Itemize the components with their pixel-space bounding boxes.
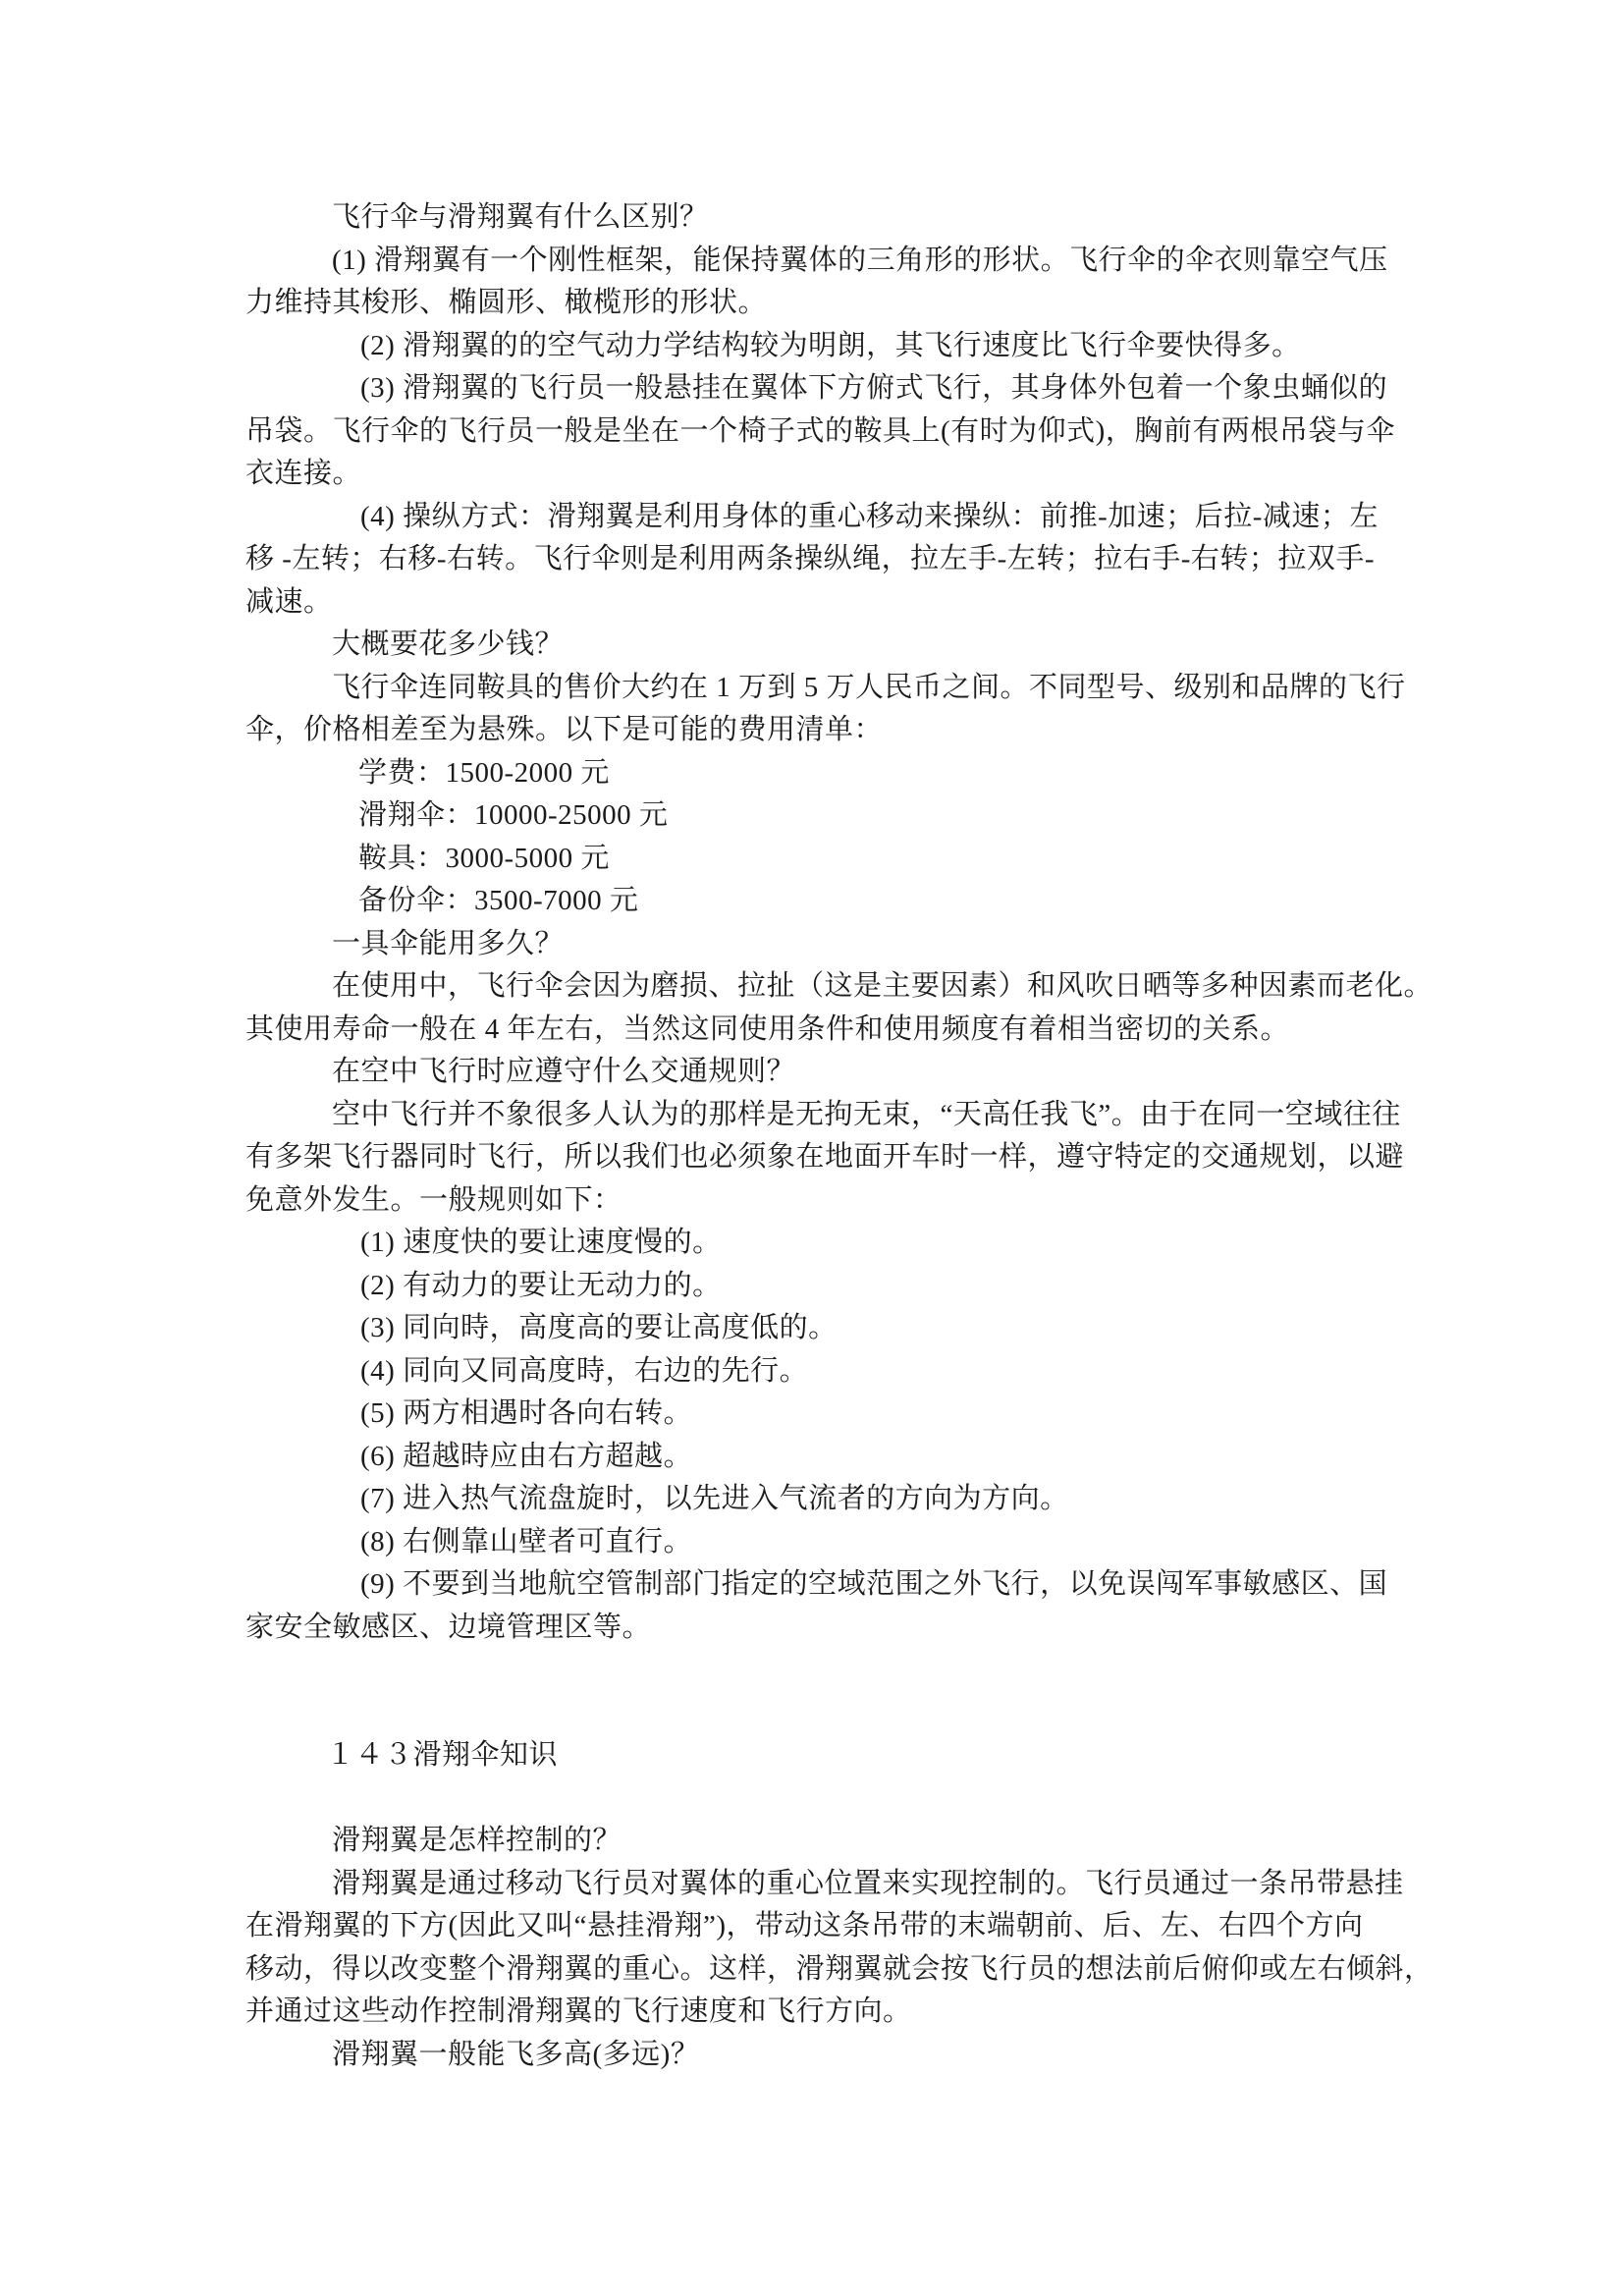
text-line: (7) 进入热气流盘旋时，以先进入气流者的方向为方向。 (245, 1478, 1384, 1521)
text-line: 家安全敏感区、边境管理区等。 (245, 1607, 1384, 1650)
blank-line (245, 1777, 1384, 1821)
text-line: 有多架飞行器同时飞行，所以我们也必须象在地面开车时一样，遵守特定的交通规划，以避 (245, 1136, 1384, 1179)
blank-line (245, 1649, 1384, 1692)
text-line: 其使用寿命一般在 4 年左右，当然这同使用条件和使用频度有着相当密切的关系。 (245, 1009, 1384, 1052)
text-line: 备份伞：3500-7000 元 (245, 880, 1384, 923)
text-line: 在空中飞行时应遵守什么交通规则？ (245, 1051, 1384, 1094)
text-line: 吊袋。飞行伞的飞行员一般是坐在一个椅子式的鞍具上(有时为仰式)，胸前有两根吊袋与… (245, 410, 1384, 454)
text-line: 滑翔伞：10000-25000 元 (245, 794, 1384, 838)
text-line: 减速。 (245, 581, 1384, 625)
text-line: (1) 滑翔翼有一个刚性框架，能保持翼体的三角形的形状。飞行伞的伞衣则靠空气压 (245, 240, 1384, 283)
text-line: 移动，得以改变整个滑翔翼的重心。这样，滑翔翼就会按飞行员的想法前后俯仰或左右倾斜… (245, 1948, 1384, 1992)
document-page: 飞行伞与滑翔翼有什么区别？(1) 滑翔翼有一个刚性框架，能保持翼体的三角形的形状… (0, 0, 1623, 2296)
text-line: 衣连接。 (245, 453, 1384, 496)
text-line: 学费：1500-2000 元 (245, 752, 1384, 795)
text-line: (1) 速度快的要让速度慢的。 (245, 1222, 1384, 1265)
text-line: 滑翔翼是怎样控制的？ (245, 1820, 1384, 1863)
text-line: (6) 超越時应由右方超越。 (245, 1436, 1384, 1479)
text-line: 鞍具：3000-5000 元 (245, 838, 1384, 881)
text-line: (3) 同向時，高度高的要让高度低的。 (245, 1307, 1384, 1350)
text-line: 并通过这些动作控制滑翔翼的飞行速度和飞行方向。 (245, 1991, 1384, 2034)
text-line: (2) 滑翔翼的的空气动力学结构较为明朗，其飞行速度比飞行伞要快得多。 (245, 325, 1384, 368)
text-line: 在使用中，飞行伞会因为磨损、拉扯（这是主要因素）和风吹日晒等多种因素而老化。 (245, 965, 1384, 1009)
document-body: 飞行伞与滑翔翼有什么区别？(1) 滑翔翼有一个刚性框架，能保持翼体的三角形的形状… (245, 196, 1384, 2076)
text-line: (4) 同向又同高度時，右边的先行。 (245, 1350, 1384, 1394)
text-line: (5) 两方相遇时各向右转。 (245, 1393, 1384, 1436)
text-line: 飞行伞连同鞍具的售价大约在 1 万到 5 万人民币之间。不同型号、级别和品牌的飞… (245, 667, 1384, 710)
section-heading: １４３滑翔伞知识 (245, 1734, 1384, 1777)
text-line: (9) 不要到当地航空管制部门指定的空域范围之外飞行，以免误闯军事敏感区、国 (245, 1563, 1384, 1607)
text-line: 飞行伞与滑翔翼有什么区别？ (245, 196, 1384, 240)
text-line: 大概要花多少钱？ (245, 624, 1384, 667)
text-line: 滑翔翼是通过移动飞行员对翼体的重心位置来实现控制的。飞行员通过一条吊带悬挂 (245, 1863, 1384, 1906)
text-line: 空中飞行并不象很多人认为的那样是无拘无束，“天高任我飞”。由于在同一空域往往 (245, 1094, 1384, 1137)
blank-line (245, 1692, 1384, 1735)
text-line: (8) 右侧靠山壁者可直行。 (245, 1521, 1384, 1564)
text-line: 一具伞能用多久？ (245, 923, 1384, 966)
text-line: 滑翔翼一般能飞多高(多远)？ (245, 2034, 1384, 2077)
text-line: 移 -左转；右移-右转。飞行伞则是利用两条操纵绳，拉左手-左转；拉右手-右转；拉… (245, 538, 1384, 581)
text-line: (2) 有动力的要让无动力的。 (245, 1265, 1384, 1308)
text-line: (3) 滑翔翼的飞行员一般悬挂在翼体下方俯式飞行，其身体外包着一个象虫蛹似的 (245, 367, 1384, 410)
text-line: 免意外发生。一般规则如下： (245, 1179, 1384, 1223)
text-line: 在滑翔翼的下方(因此又叫“悬挂滑翔”)，带动这条吊带的末端朝前、后、左、右四个方… (245, 1905, 1384, 1948)
text-line: (4) 操纵方式：滑翔翼是利用身体的重心移动来操纵：前推-加速；后拉-减速；左 (245, 496, 1384, 539)
text-line: 伞，价格相差至为悬殊。以下是可能的费用清单： (245, 709, 1384, 752)
text-line: 力维持其梭形、椭圆形、橄榄形的形状。 (245, 282, 1384, 325)
